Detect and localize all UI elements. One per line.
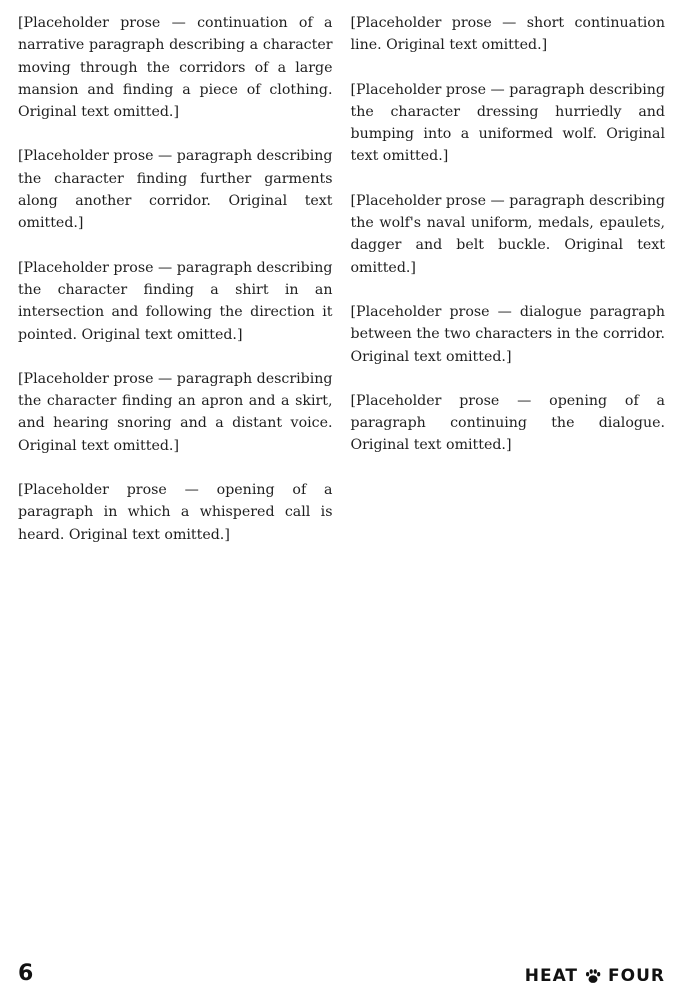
paragraph: [Placeholder prose — short continuation … xyxy=(351,12,666,57)
paragraph: [Placeholder prose — dialogue paragraph … xyxy=(351,301,666,368)
paragraph: [Placeholder prose — paragraph describin… xyxy=(351,190,666,279)
paragraph: [Placeholder prose — opening of a paragr… xyxy=(351,390,666,457)
paw-print-icon xyxy=(584,967,602,985)
paragraph: [Placeholder prose — continuation of a n… xyxy=(18,12,333,123)
magazine-logo: HEAT FOUR xyxy=(525,966,665,986)
paragraph: [Placeholder prose — paragraph describin… xyxy=(18,368,333,457)
paragraph: [Placeholder prose — paragraph describin… xyxy=(351,79,666,168)
magazine-title-right: FOUR xyxy=(608,966,665,986)
paragraph: [Placeholder prose — opening of a paragr… xyxy=(18,479,333,546)
paragraph: [Placeholder prose — paragraph describin… xyxy=(18,145,333,234)
paragraph: [Placeholder prose — paragraph describin… xyxy=(18,257,333,346)
magazine-title-left: HEAT xyxy=(525,966,578,986)
magazine-page: [Placeholder prose — continuation of a n… xyxy=(0,0,679,1000)
right-column: [Placeholder prose — short continuation … xyxy=(351,12,666,950)
page-number: 6 xyxy=(18,961,33,986)
text-columns: [Placeholder prose — continuation of a n… xyxy=(18,12,665,950)
left-column: [Placeholder prose — continuation of a n… xyxy=(18,12,333,950)
